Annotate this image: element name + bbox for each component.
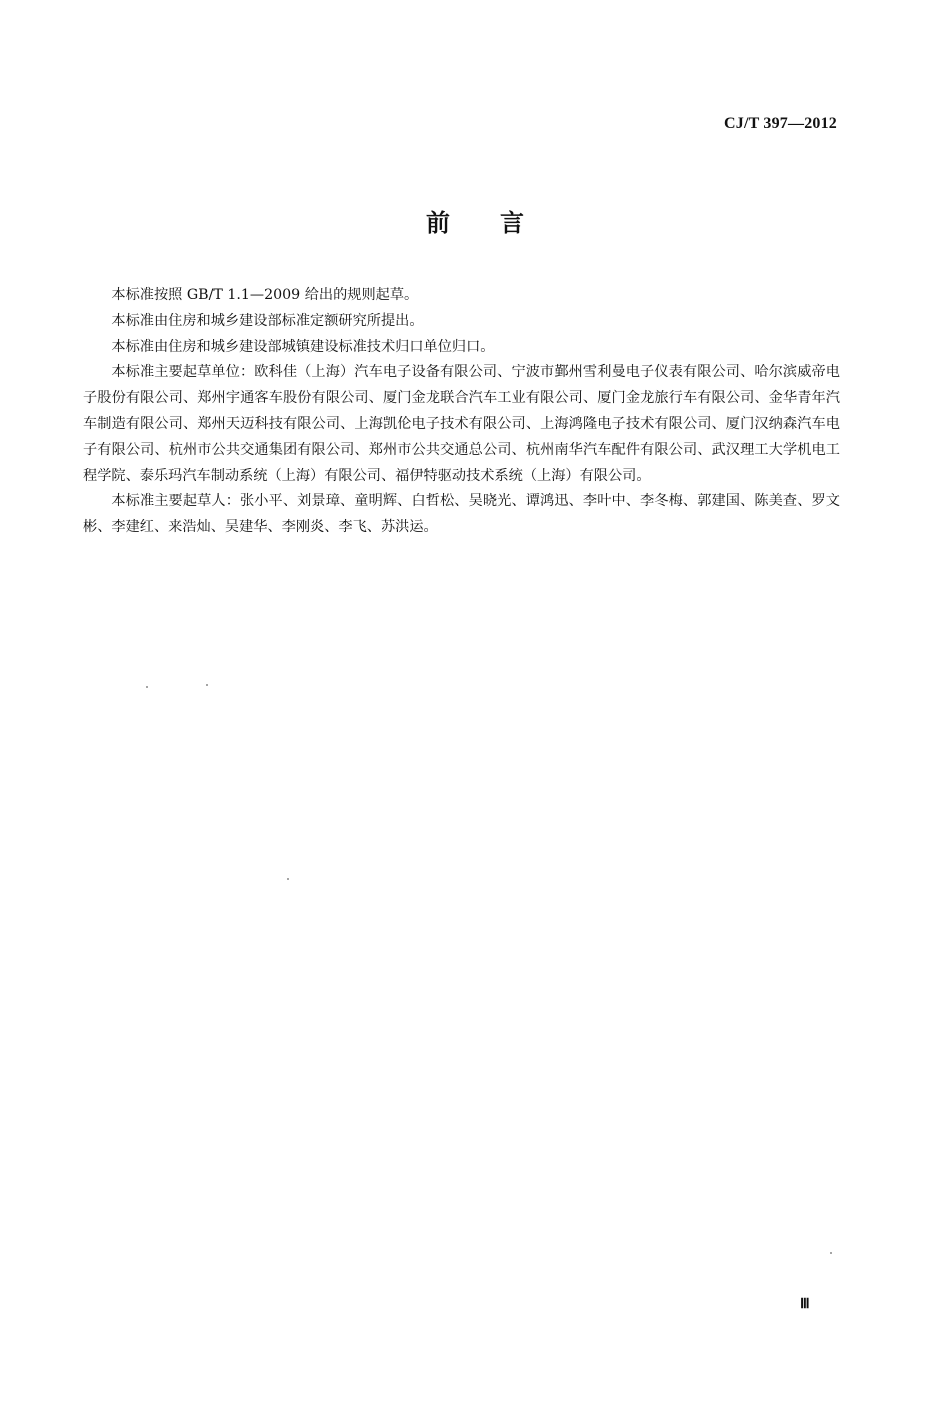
paragraph-drafting-organizations: 本标准主要起草单位：欧科佳（上海）汽车电子设备有限公司、宁波市鄞州雪利曼电子仪表… [83,360,840,489]
scan-speck [146,686,148,688]
scan-speck [287,878,289,880]
scan-speck [830,1252,832,1254]
paragraph-centralized-unit: 本标准由住房和城乡建设部城镇建设标准技术归口单位归口。 [83,335,840,361]
page-title: 前言 [0,203,950,238]
paragraph-drafters: 本标准主要起草人：张小平、刘景璋、童明辉、白哲松、吴晓光、谭鸿迅、李叶中、李冬梅… [83,489,840,541]
page-number: Ⅲ [800,1296,809,1313]
paragraph-drafting-rules: 本标准按照 GB/T 1.1—2009 给出的规则起草。 [83,283,840,309]
standard-code: CJ/T 397—2012 [724,115,837,133]
scan-speck [206,684,208,686]
paragraph-proposer: 本标准由住房和城乡建设部标准定额研究所提出。 [83,309,840,335]
title-char-1: 前 [426,203,450,238]
foreword-body: 本标准按照 GB/T 1.1—2009 给出的规则起草。 本标准由住房和城乡建设… [83,283,840,541]
title-char-2: 言 [500,203,524,238]
